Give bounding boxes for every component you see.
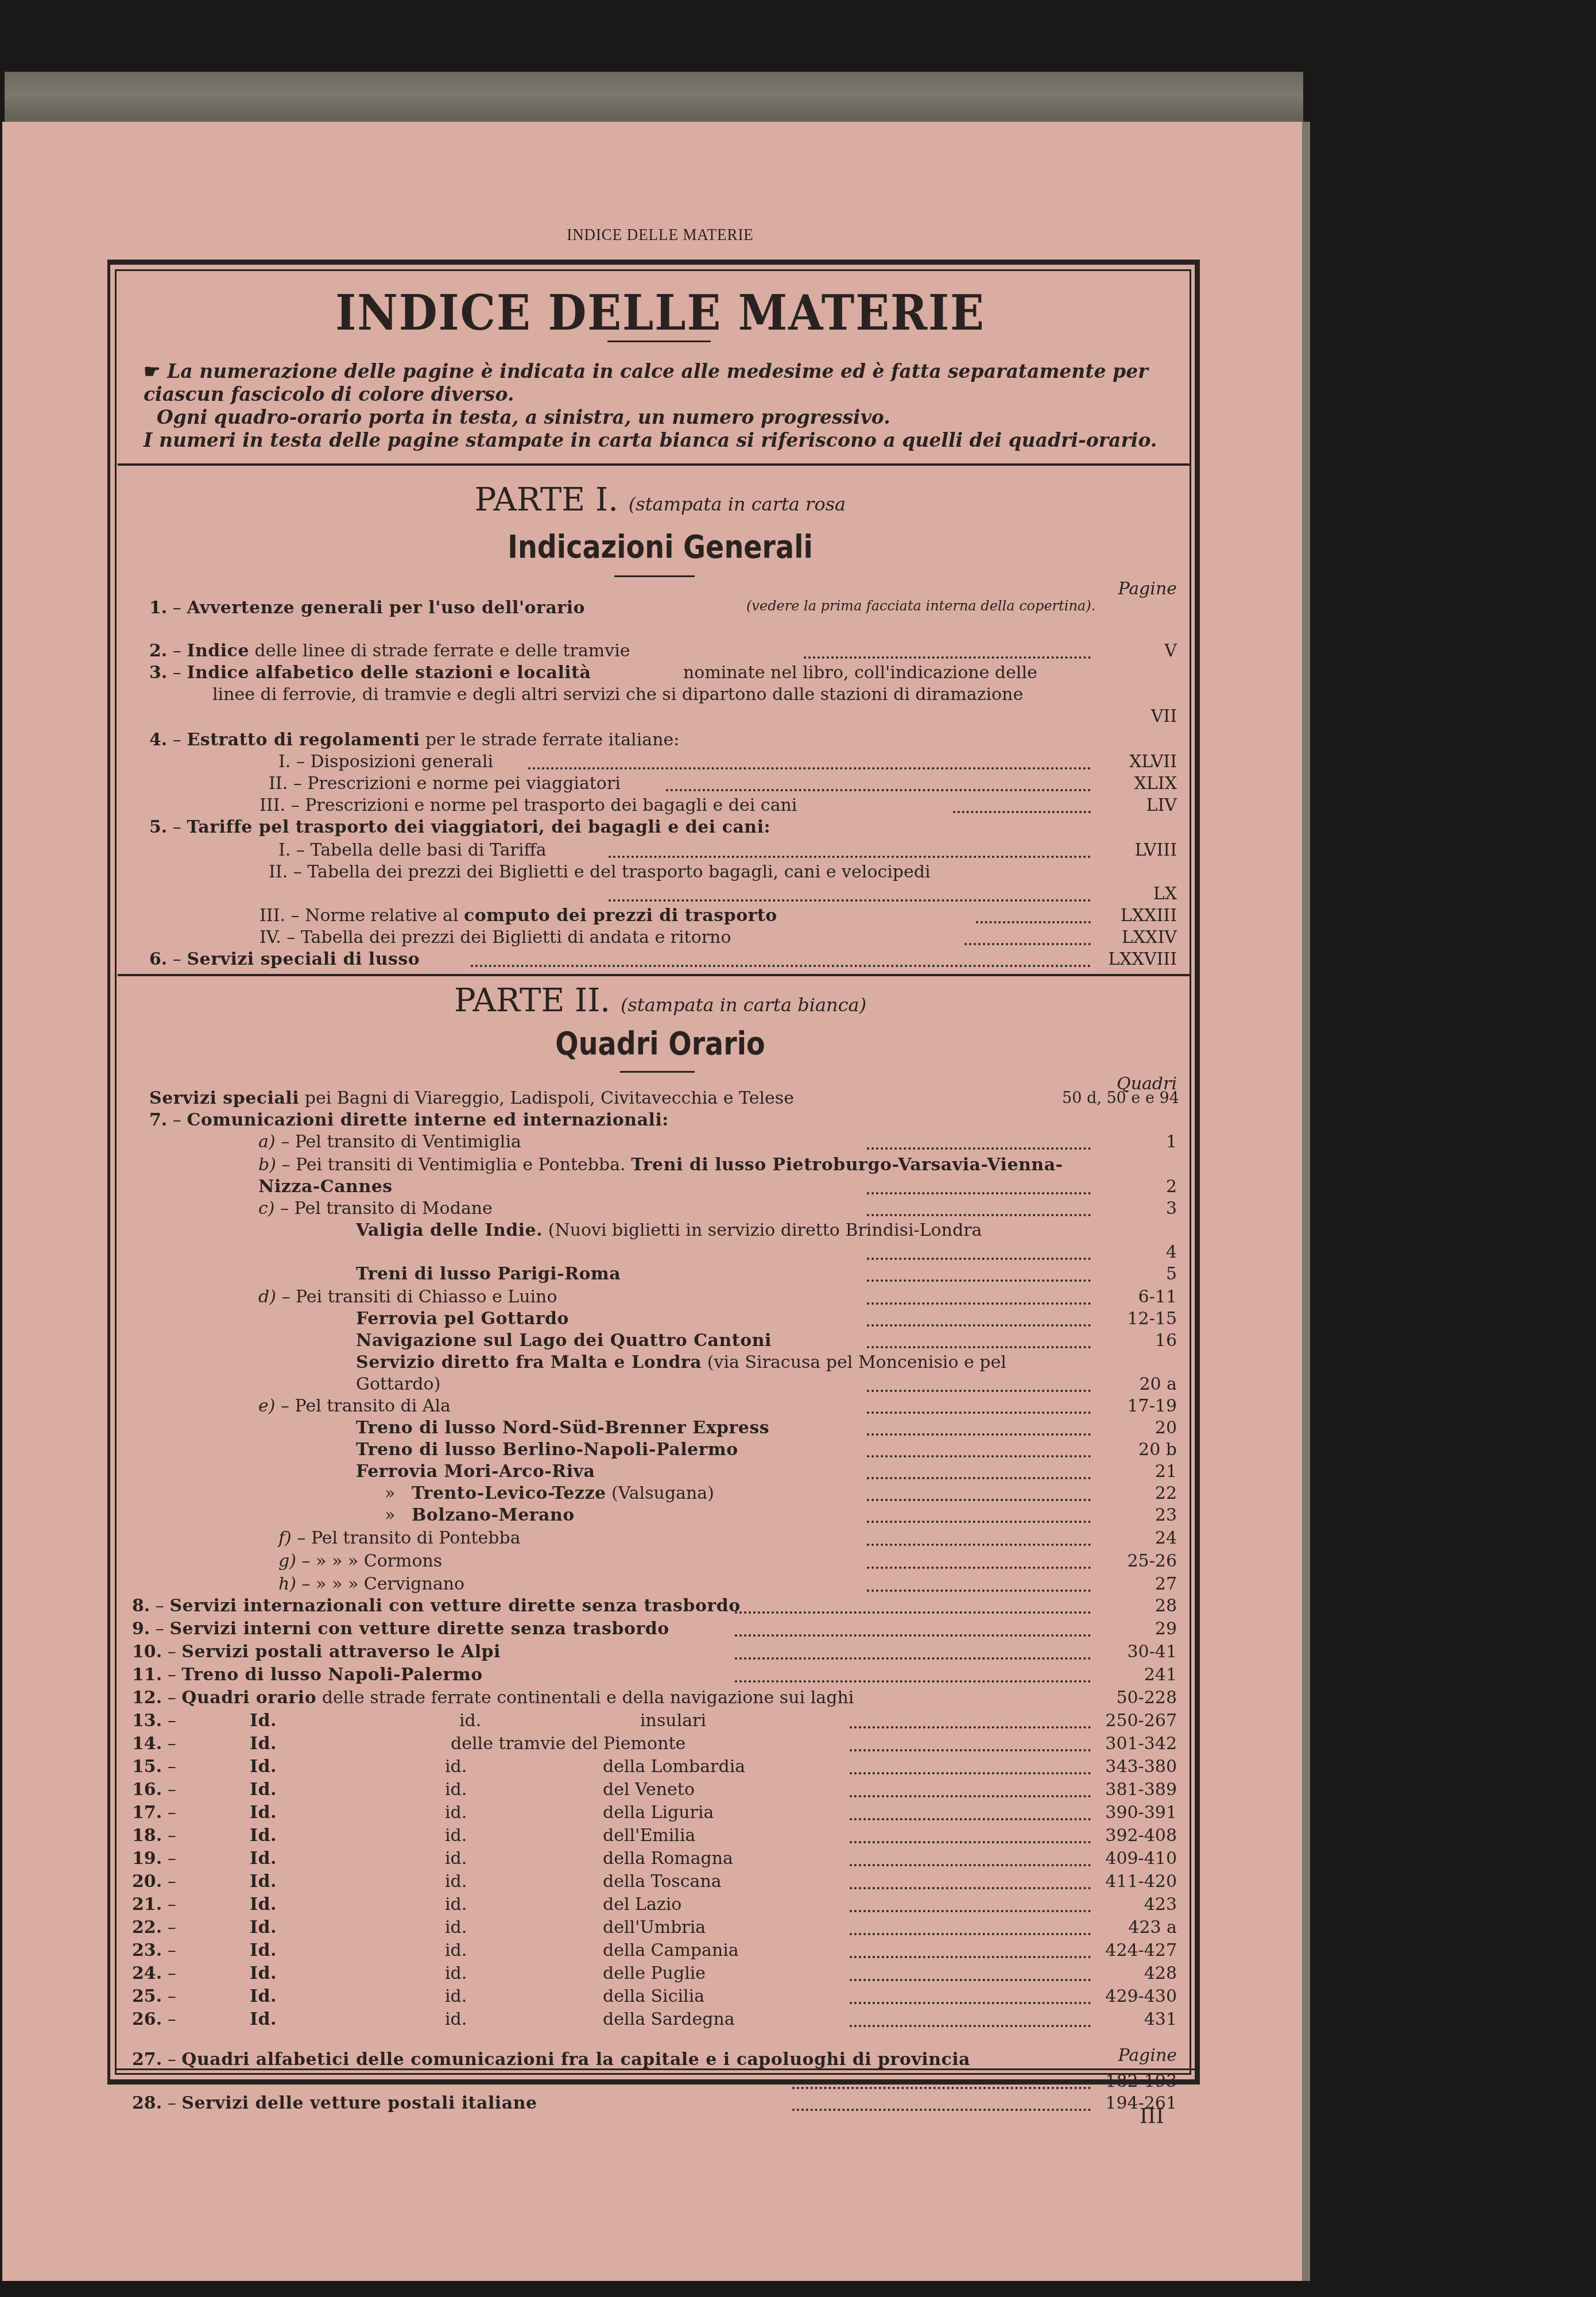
subentry-bold: computo dei prezzi di trasporto: [464, 906, 777, 926]
entry-text: nominate nel libro, coll'indicazione del…: [149, 662, 1079, 706]
subentry-page: LXXIV: [1102, 927, 1177, 949]
subentry-label: d): [258, 1287, 276, 1307]
toc-subentry-7-17[interactable]: g) – » » » Cormons 25-26: [149, 1550, 1177, 1572]
entry-page: 182-193: [1102, 2071, 1177, 2093]
toc-subentry-7-5[interactable]: Treni di lusso Parigi-Roma 5: [149, 1263, 1177, 1285]
subentry-page: 20 a: [1102, 1374, 1177, 1395]
idem-bold: Id.: [250, 1733, 277, 1755]
idem: id.: [445, 1756, 467, 1778]
toc-subentry-7-12[interactable]: Treno di lusso Berlino-Napoli-Palermo 20…: [149, 1439, 1177, 1461]
dot-leader: [976, 921, 1091, 923]
entry-text: dell'Emilia: [603, 1825, 695, 1847]
toc-entry-8[interactable]: 8. – Servizi internazionali con vetture …: [132, 1595, 1177, 1617]
toc-entry-18[interactable]: 18. –Id.id.dell'Emilia392-408: [132, 1825, 1177, 1847]
subentry-page: 17-19: [1102, 1395, 1177, 1417]
subentry-bold: Ferrovia Mori-Arco-Riva: [356, 1461, 595, 1482]
entry-page: LXXVIII: [1074, 949, 1177, 970]
dot-leader: [867, 1567, 1091, 1569]
dot-leader: [471, 965, 1091, 967]
subentry-text: Disposizioni generali: [310, 752, 493, 772]
idem: id.: [445, 1848, 467, 1870]
entry-number: 12.: [132, 1687, 162, 1709]
subentry-text: Pei transiti di Chiasso e Luino: [296, 1287, 557, 1307]
entry-number: 20.: [132, 1871, 162, 1893]
entry-text: pei Bagni di Viareggio, Ladispoli, Civit…: [305, 1088, 794, 1108]
entry-page: 50 d, 50 e e 94: [1062, 1088, 1177, 1109]
idem: id.: [445, 1894, 467, 1916]
dot-leader: [867, 1499, 1091, 1501]
entry-text: della Sardegna: [603, 2009, 735, 2031]
toc-entry-13[interactable]: 13. –Id.id.insulari250-267: [132, 1710, 1177, 1732]
entry-title: Estratto di regolamenti: [187, 730, 420, 750]
toc-entry-15[interactable]: 15. –Id.id.della Lombardia343-380: [132, 1756, 1177, 1778]
toc-entry-21[interactable]: 21. –Id.id.del Lazio423: [132, 1894, 1177, 1916]
note-paragraph: ☛ La numerazione delle pagine è indicata…: [144, 360, 1183, 452]
toc-entry-17[interactable]: 17. –Id.id.della Liguria390-391: [132, 1802, 1177, 1824]
subentry-page: 20 b: [1102, 1439, 1177, 1461]
note-line-3: I numeri in testa delle pagine stampate …: [144, 429, 1157, 451]
entry-text: della Campania: [603, 1940, 739, 1962]
subentry-number: III.: [259, 795, 285, 815]
idem-bold: Id.: [250, 1710, 277, 1732]
dot-leader: [867, 1477, 1091, 1479]
dot-leader: [792, 2109, 1091, 2111]
idem-bold: Id.: [250, 1802, 277, 1824]
subentry-page: 1: [1102, 1131, 1177, 1153]
entry-text: della Toscana: [603, 1871, 722, 1893]
dot-leader: [850, 1726, 1091, 1728]
entry-page: 381-389: [1102, 1779, 1177, 1801]
subentry-label: h): [278, 1574, 296, 1594]
toc-entry-23[interactable]: 23. –Id.id.della Campania424-427: [132, 1940, 1177, 1962]
subentry-page: 24: [1102, 1528, 1177, 1549]
dot-leader: [850, 1841, 1091, 1843]
entry-number: 23.: [132, 1940, 162, 1962]
entry-page: 429-430: [1102, 1986, 1177, 2008]
ditto-mark: »: [385, 1505, 395, 1525]
subentry-page: 12-15: [1102, 1308, 1177, 1330]
parte-1-label: PARTE I.: [475, 481, 618, 519]
dot-leader: [867, 1214, 1091, 1216]
parte-divider-rule: [118, 974, 1191, 976]
dot-leader: [850, 1933, 1091, 1935]
note-line-2: Ogni quadro-orario porta in testa, a sin…: [157, 406, 890, 428]
parte-2-heading: PARTE II. (stampata in carta bianca): [149, 982, 1171, 1019]
toc-subentry-7-6[interactable]: d) – Pei transiti di Chiasso e Luino 6-1…: [149, 1286, 1177, 1308]
dot-leader: [867, 1279, 1091, 1282]
idem-bold: Id.: [250, 1825, 277, 1847]
subentry-number: II.: [269, 862, 288, 882]
subentry-number: IV.: [259, 927, 281, 948]
toc-entry-27[interactable]: 27. – Quadri alfabetici delle comunicazi…: [132, 2049, 1177, 2093]
dot-leader: [609, 899, 1091, 902]
idem-bold: Id.: [250, 1779, 277, 1801]
running-header: INDICE DELLE MATERIE: [66, 225, 1254, 245]
dot-leader: [735, 1680, 1091, 1683]
entry-title: Servizi postali attraverso le Alpi: [181, 1642, 501, 1662]
idem: id.: [445, 1986, 467, 2008]
entry-text: della Sicilia: [603, 1986, 704, 2008]
subentry-page: 16: [1102, 1330, 1177, 1352]
subentry-page: LVIII: [1102, 840, 1177, 861]
subentry-page: 21: [1102, 1461, 1177, 1483]
subentry-page: XLIX: [1102, 773, 1177, 795]
dot-leader: [850, 1910, 1091, 1912]
toc-entry-2[interactable]: 2. – Indice delle linee di strade ferrat…: [149, 640, 1177, 662]
subentry-bold: Treni di lusso Parigi-Roma: [356, 1264, 621, 1284]
dot-leader: [850, 1749, 1091, 1751]
toc-subentry-7-3[interactable]: c) – Pel transito di Modane 3: [149, 1198, 1177, 1220]
toc-entry-14[interactable]: 14. –Id.delle tramvie del Piemonte301-34…: [132, 1733, 1177, 1755]
section-title-quadri-orario: Quadri Orario: [226, 1025, 1095, 1062]
entry-page: 301-342: [1102, 1733, 1177, 1755]
subentry-number: I.: [278, 840, 290, 860]
toc-subentry-7-9[interactable]: Servizio diretto fra Malta e Londra (via…: [149, 1352, 1177, 1395]
toc-entry-19[interactable]: 19. –Id.id.della Romagna409-410: [132, 1848, 1177, 1870]
toc-entry-1[interactable]: 1. – Avvertenze generali per l'uso dell'…: [149, 597, 1177, 619]
subentry-label: b): [258, 1155, 276, 1175]
entry-number: 27.: [132, 2049, 162, 2071]
toc-subentry-7-13[interactable]: Ferrovia Mori-Arco-Riva 21: [149, 1461, 1177, 1483]
subentry-page: 5: [1102, 1263, 1177, 1285]
dot-leader: [850, 2025, 1091, 2027]
subentry-label: g): [278, 1551, 296, 1571]
entry-number: 8.: [132, 1595, 150, 1617]
subentry-text: Pel transito di Pontebba: [311, 1528, 521, 1548]
entry-number: 4.: [149, 729, 167, 751]
subentry-page: 3: [1102, 1198, 1177, 1220]
subentry-bold: Ferrovia pel Gottardo: [356, 1309, 569, 1329]
dot-leader: [528, 767, 1091, 769]
entry-page: 343-380: [1102, 1756, 1177, 1778]
toc-entry-9[interactable]: 9. – Servizi interni con vetture dirette…: [132, 1618, 1177, 1640]
dot-leader: [735, 1657, 1091, 1660]
entry-page: 29: [1102, 1618, 1177, 1640]
entry-number: 18.: [132, 1825, 162, 1847]
entry-number: 5.: [149, 817, 167, 838]
entry-page: 50-228: [1102, 1687, 1177, 1709]
toc-entry-3[interactable]: 3. – Indice alfabetico delle stazioni e …: [149, 662, 1177, 731]
column-header-pagine: Pagine: [1108, 579, 1177, 599]
page-number: III: [1140, 2105, 1164, 2128]
entry-number: 28.: [132, 2093, 162, 2114]
subentry-label: a): [258, 1132, 276, 1152]
subentry-text: (Nuovi biglietti in servizio diretto Bri…: [548, 1220, 982, 1240]
entry-number: 24.: [132, 1963, 162, 1985]
subentry-page: 22: [1102, 1483, 1177, 1505]
idem: id.: [445, 2009, 467, 2031]
dot-leader: [735, 1634, 1091, 1637]
subentry-page: 27: [1102, 1573, 1177, 1595]
toc-subentry-7-7[interactable]: Ferrovia pel Gottardo 12-15: [149, 1308, 1177, 1330]
subentry-text: Tabella delle basi di Tariffa: [310, 840, 546, 860]
toc-entry-28[interactable]: 28. – Servizi delle vetture postali ital…: [132, 2093, 1177, 2114]
section-rule: [614, 575, 695, 577]
toc-entry-20[interactable]: 20. –Id.id.della Toscana411-420: [132, 1871, 1177, 1893]
subentry-page: 2: [1102, 1176, 1177, 1198]
entry-page: 423 a: [1102, 1917, 1177, 1939]
idem-bold: Id.: [250, 1940, 277, 1962]
idem: id.: [445, 1802, 467, 1824]
toc-subentry-7-16[interactable]: f) – Pel transito di Pontebba 24: [149, 1528, 1177, 1549]
entry-text: del Veneto: [603, 1779, 695, 1801]
entry-title: Servizi speciali: [149, 1088, 299, 1108]
idem-bold: Id.: [250, 1871, 277, 1893]
entry-text: delle linee di strade ferrate e delle tr…: [255, 641, 630, 661]
subentry-page: LXXIII: [1102, 905, 1177, 927]
entry-number: 21.: [132, 1894, 162, 1916]
dot-leader: [867, 1412, 1091, 1414]
entry-number: 11.: [132, 1664, 162, 1686]
dot-leader: [867, 1346, 1091, 1348]
idem: id.: [445, 1825, 467, 1847]
entry-number: 19.: [132, 1848, 162, 1870]
toc-entry-26[interactable]: 26. –Id.id.della Sardegna431: [132, 2009, 1177, 2031]
entry-page: V: [1102, 640, 1177, 662]
idem: id.: [445, 1871, 467, 1893]
toc-entry-5[interactable]: 5. – Tariffe pel trasporto dei viaggiato…: [149, 817, 1177, 838]
entry-title: Quadri alfabetici delle comunicazioni fr…: [181, 2049, 970, 2070]
entry-text: della Romagna: [603, 1848, 733, 1870]
entry-text: delle strade ferrate continentali e dell…: [322, 1688, 854, 1708]
toc-subentry-5-II[interactable]: II. – Tabella dei prezzi dei Biglietti e…: [149, 861, 1177, 905]
subentry-text: Tabella dei prezzi dei Biglietti di anda…: [301, 927, 731, 948]
entry-page: VII: [1102, 706, 1177, 728]
dot-leader: [850, 2002, 1091, 2004]
toc-subentry-7-4[interactable]: Valigia delle Indie. (Nuovi biglietti in…: [149, 1220, 1177, 1263]
dot-leader: [867, 1147, 1091, 1150]
dot-leader: [850, 1956, 1091, 1958]
entry-number: 13.: [132, 1710, 162, 1732]
toc-subentry-7-2[interactable]: b) – Pei transiti di Ventimiglia e Ponte…: [149, 1154, 1177, 1198]
toc-subentry-7-14[interactable]: » Trento-Levico-Tezze (Valsugana)22: [149, 1483, 1177, 1505]
parte-2-label: PARTE II.: [454, 982, 610, 1019]
idem: id.: [445, 1917, 467, 1939]
entry-text: della Lombardia: [603, 1756, 745, 1778]
dot-leader: [867, 1390, 1091, 1392]
subentry-text: » » » Cormons: [316, 1551, 442, 1571]
toc-entry-4[interactable]: 4. – Estratto di regolamenti per le stra…: [149, 729, 1177, 751]
toc-entry-servizi-speciali[interactable]: Servizi speciali pei Bagni di Viareggio,…: [149, 1088, 1177, 1109]
toc-entry-6[interactable]: 6. – Servizi speciali di lusso LXXVIII: [149, 949, 1177, 970]
entry-title: Comunicazioni dirette interne ed interna…: [187, 1110, 669, 1130]
entry-page: 431: [1102, 2009, 1177, 2031]
entry-text: delle tramvie del Piemonte: [451, 1733, 685, 1755]
subentry-page: XLVII: [1102, 751, 1177, 773]
bottom-inner-rule: [115, 2068, 1200, 2070]
entry-number: 16.: [132, 1779, 162, 1801]
ditto-mark: »: [385, 1483, 395, 1503]
subentry-bold: Bolzano-Merano: [412, 1505, 575, 1525]
dot-leader: [867, 1433, 1091, 1436]
entry-title: Servizi internazionali con vetture diret…: [169, 1596, 740, 1616]
entry-page: 428: [1102, 1963, 1177, 1985]
toc-entry-12[interactable]: 12. – Quadri orario delle strade ferrate…: [132, 1687, 1177, 1709]
entry-page: 250-267: [1102, 1710, 1177, 1732]
page-title: INDICE DELLE MATERIE: [190, 284, 1130, 341]
subentry-label: f): [278, 1528, 292, 1548]
idem: id.: [445, 1779, 467, 1801]
title-rule: [607, 341, 711, 342]
entry-title: Quadri orario: [181, 1688, 316, 1708]
dot-leader: [850, 1887, 1091, 1889]
entry-number: 26.: [132, 2009, 162, 2031]
dot-leader: [792, 2087, 1091, 2089]
entry-page: 392-408: [1102, 1825, 1177, 1847]
subentry-page: LX: [1102, 883, 1177, 905]
entry-page: 28: [1102, 1595, 1177, 1617]
idem-bold: Id.: [250, 1917, 277, 1939]
idem-bold: Id.: [250, 1894, 277, 1916]
subentry-text: Pel transito di Ala: [295, 1396, 451, 1416]
entry-text: del Lazio: [603, 1894, 681, 1916]
toc-subentry-7-11[interactable]: Treno di lusso Nord-Süd-Brenner Express …: [149, 1417, 1177, 1439]
subentry-page: 23: [1102, 1505, 1177, 1526]
book-top-edge: [5, 72, 1303, 129]
subentry-text: Pel transito di Ventimiglia: [295, 1132, 521, 1152]
entry-title: Treno di lusso Napoli-Palermo: [181, 1665, 482, 1685]
subentry-text: Pel transito di Modane: [295, 1198, 493, 1219]
section-title-indicazioni: Indicazioni Generali: [226, 528, 1095, 566]
book-side-edge: [1302, 122, 1310, 2281]
subentry-text: Pei transiti di Ventimiglia e Pontebba.: [296, 1155, 626, 1175]
subentry-page: LIV: [1102, 795, 1177, 817]
subentry-page: 25-26: [1102, 1550, 1177, 1572]
pointing-hand-icon: ☛: [144, 360, 161, 382]
subentry-page: 4: [1102, 1242, 1177, 1263]
subentry-number: II.: [269, 774, 288, 794]
dot-leader: [867, 1324, 1091, 1327]
toc-subentry-7-1[interactable]: a) – Pel transito di Ventimiglia 1: [149, 1131, 1177, 1153]
dot-leader: [850, 1818, 1091, 1820]
entry-number: 22.: [132, 1917, 162, 1939]
entry-text: insulari: [640, 1710, 706, 1732]
subentry-page: 6-11: [1102, 1286, 1177, 1308]
entry-number: 7.: [149, 1109, 167, 1131]
subentry-text: Norme relative al: [305, 906, 458, 926]
subentry-bold: Trento-Levico-Tezze: [412, 1483, 606, 1503]
entry-title: Tariffe pel trasporto dei viaggiatori, d…: [187, 817, 770, 837]
dot-leader: [666, 789, 1091, 791]
toc-entry-11[interactable]: 11. – Treno di lusso Napoli-Palermo 241: [132, 1664, 1177, 1686]
entry-number: 10.: [132, 1641, 162, 1663]
subentry-text: Tabella dei prezzi dei Biglietti e del t…: [307, 862, 930, 882]
dot-leader: [850, 1772, 1091, 1774]
subentry-bold: Treno di lusso Nord-Süd-Brenner Express: [356, 1418, 769, 1438]
subentry-page: 20: [1102, 1417, 1177, 1439]
entry-title: Servizi delle vetture postali italiane: [181, 2093, 537, 2113]
idem: id.: [445, 1940, 467, 1962]
entry-number: 17.: [132, 1802, 162, 1824]
dot-leader: [953, 811, 1091, 813]
entry-text: dell'Umbria: [603, 1917, 706, 1939]
entry-title: Avvertenze generali per l'uso dell'orari…: [187, 598, 585, 618]
entry-text: delle Puglie: [603, 1963, 706, 1985]
subentry-bold: Valigia delle Indie.: [356, 1220, 543, 1240]
dot-leader: [850, 1864, 1091, 1866]
toc-subentry-7-18[interactable]: h) – » » » Cervignano 27: [149, 1573, 1177, 1595]
subentry-text: (Valsugana): [611, 1483, 714, 1503]
entry-number: 25.: [132, 1986, 162, 2008]
dot-leader: [867, 1192, 1091, 1194]
entry-text: per le strade ferrate italiane:: [425, 730, 679, 750]
subentry-text: Prescrizioni e norme pei viaggiatori: [307, 774, 621, 794]
subentry-text: » » » Cervignano: [316, 1574, 464, 1594]
toc-subentry-7-10[interactable]: e) – Pel transito di Ala 17-19: [149, 1395, 1177, 1417]
entry-page: 411-420: [1102, 1871, 1177, 1893]
entry-title: Servizi speciali di lusso: [187, 949, 420, 969]
subentry-label: e): [258, 1396, 275, 1416]
entry-page: 390-391: [1102, 1802, 1177, 1824]
entry-page: 423: [1102, 1894, 1177, 1916]
dot-leader: [804, 656, 1091, 659]
entry-page: 409-410: [1102, 1848, 1177, 1870]
idem-bold: Id.: [250, 1756, 277, 1778]
idem-bold: Id.: [250, 1848, 277, 1870]
entry-text: della Liguria: [603, 1802, 714, 1824]
dot-leader: [850, 1979, 1091, 1981]
toc-subentry-7-15[interactable]: » Bolzano-Merano 23: [149, 1505, 1177, 1526]
idem-bold: Id.: [250, 1986, 277, 2008]
notes-rule: [118, 463, 1191, 466]
entry-title: Indice: [187, 641, 249, 661]
entry-number: 9.: [132, 1618, 150, 1640]
parte-1-heading: PARTE I. (stampata in carta rosa: [149, 481, 1171, 519]
subentry-text: Prescrizioni e norme pel trasporto dei b…: [305, 795, 797, 815]
subentry-bold: Navigazione sul Lago dei Quattro Cantoni: [356, 1331, 772, 1351]
subentry-number: III.: [259, 906, 285, 926]
subentry-number: I.: [278, 752, 290, 772]
entry-title: Servizi interni con vetture dirette senz…: [169, 1619, 669, 1639]
entry-page: 424-427: [1102, 1940, 1177, 1962]
entry-number: 2.: [149, 640, 167, 662]
toc-entry-24[interactable]: 24. –Id.id.delle Puglie428: [132, 1963, 1177, 1985]
dot-leader: [867, 1455, 1091, 1457]
entry-number: 6.: [149, 949, 167, 970]
subentry-label: c): [258, 1198, 275, 1219]
note-line-1: La numerazione delle pagine è indicata i…: [144, 360, 1148, 405]
dot-leader: [867, 1521, 1091, 1523]
entry-number: 1.: [149, 597, 167, 619]
entry-page: 241: [1102, 1664, 1177, 1686]
dot-leader: [609, 856, 1091, 858]
parte-1-subtitle: (stampata in carta rosa: [629, 493, 846, 515]
entry-note: (vedere la prima facciata interna della …: [746, 597, 1137, 614]
dot-leader: [867, 1590, 1091, 1592]
dot-leader: [850, 1795, 1091, 1797]
toc-entry-16[interactable]: 16. –Id.id.del Veneto381-389: [132, 1779, 1177, 1801]
toc-entry-7[interactable]: 7. – Comunicazioni dirette interne ed in…: [149, 1109, 1177, 1131]
subentry-bold: Treno di lusso Berlino-Napoli-Palermo: [356, 1440, 738, 1460]
toc-subentry-7-8[interactable]: Navigazione sul Lago dei Quattro Cantoni…: [149, 1330, 1177, 1352]
toc-entry-10[interactable]: 10. – Servizi postali attraverso le Alpi…: [132, 1641, 1177, 1663]
dot-leader: [867, 1302, 1091, 1305]
idem-bold: Id.: [250, 2009, 277, 2031]
entry-number: 15.: [132, 1756, 162, 1778]
dot-leader: [867, 1258, 1091, 1260]
section-rule: [620, 1071, 695, 1073]
idem-bold: Id.: [250, 1963, 277, 1985]
dot-leader: [735, 1611, 1091, 1614]
idem: id.: [445, 1963, 467, 1985]
toc-entry-25[interactable]: 25. –Id.id.della Sicilia429-430: [132, 1986, 1177, 2008]
toc-entry-22[interactable]: 22. –Id.id.dell'Umbria423 a: [132, 1917, 1177, 1939]
parte-2-subtitle: (stampata in carta bianca): [621, 994, 866, 1016]
dot-leader: [867, 1544, 1091, 1546]
entry-page: 30-41: [1102, 1641, 1177, 1663]
entry-number: 14.: [132, 1733, 162, 1755]
idem: id.: [459, 1710, 481, 1732]
